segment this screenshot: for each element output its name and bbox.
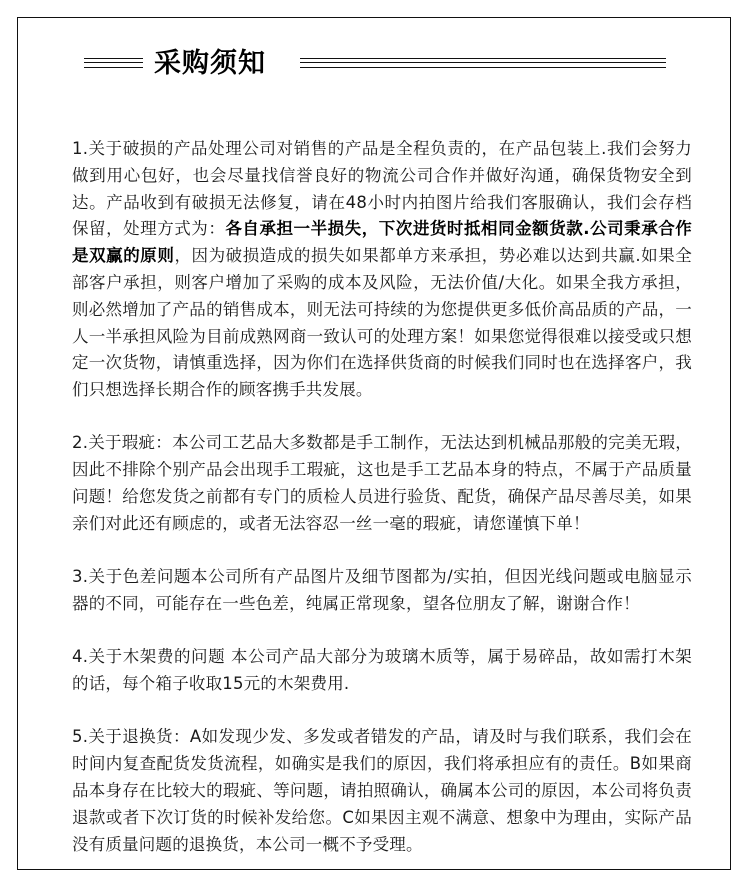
section-color-difference: 3.关于色差问题本公司所有产品图片及细节图都为/实拍，但因光线问题或电脑显示器的…: [72, 564, 692, 618]
section-flaws-policy: 2.关于瑕疵：本公司工艺品大多数都是手工制作，无法达到机械品那般的完美无瑕，因此…: [72, 430, 692, 537]
title-decoration-right: [300, 58, 666, 68]
title-decoration-left: [84, 58, 143, 68]
notice-content: 1.关于破损的产品处理公司对销售的产品是全程负责的，在产品包装上.我们会努力做到…: [72, 136, 692, 885]
page-title: 采购须知: [154, 44, 266, 84]
section-returns-policy: 5.关于退换货：A如发现少发、多发或者错发的产品，请及时与我们联系，我们会在时间…: [72, 724, 692, 858]
title-row: 采购须知: [84, 44, 668, 84]
section-wooden-crate-fee: 4.关于木架费的问题 本公司产品大部分为玻璃木质等，属于易碎品，故如需打木架的话…: [72, 644, 692, 698]
damage-policy-rest: ，因为破损造成的损失如果都单方来承担，势必难以达到共赢.如果全部客户承担，则客户…: [72, 246, 692, 399]
section-damage-policy: 1.关于破损的产品处理公司对销售的产品是全程负责的，在产品包装上.我们会努力做到…: [72, 136, 692, 404]
